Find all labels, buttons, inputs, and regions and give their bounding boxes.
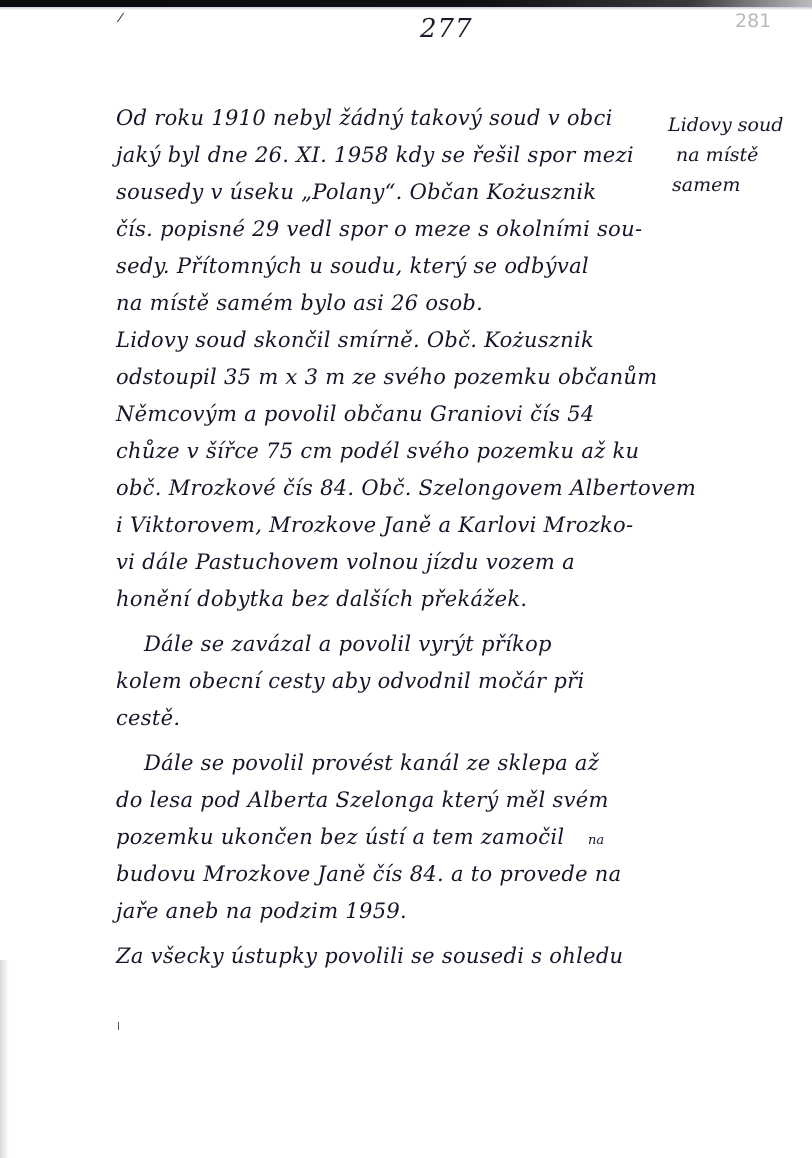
scan-top-border	[0, 0, 812, 7]
scan-left-edge	[0, 960, 9, 1158]
text-line: cestě.	[116, 708, 686, 745]
margin-note-line: Lidovy soud	[668, 116, 808, 146]
handwritten-body: Od roku 1910 nebyl žádný takový soud v o…	[116, 108, 686, 983]
text-line: Němcovým a povolil občanu Graniovi čís 5…	[116, 404, 686, 441]
inserted-word-correction: na	[588, 833, 604, 848]
text-line: do lesa pod Alberta Szelonga který měl s…	[116, 790, 686, 827]
text-line: chůze v šířce 75 cm podél svého pozemku …	[116, 441, 686, 478]
archive-stamp-number: 281	[735, 10, 771, 32]
paragraph-start-line: Dále se povolil provést kanál ze sklepa …	[116, 753, 686, 790]
text-line: Lidovy soud skončil smírně. Obč. Kożuszn…	[116, 330, 686, 367]
page-number: 277	[420, 14, 473, 44]
margin-note-line: na místě	[668, 146, 808, 176]
text-line: honění dobytka bez dalších překážek.	[116, 589, 686, 626]
text-line: čís. popisné 29 vedl spor o meze s okoln…	[116, 219, 686, 256]
text-line: jaře aneb na podzim 1959.	[116, 901, 686, 938]
text-line: obč. Mrozkové čís 84. Obč. Szelongovem A…	[116, 478, 686, 515]
margin-note-line: samem	[668, 176, 808, 206]
text-line: i Viktorovem, Mrozkove Janě a Karlovi Mr…	[116, 515, 686, 552]
text-line: jaký byl dne 26. XI. 1958 kdy se řešil s…	[116, 145, 686, 182]
text-line: budovu Mrozkove Janě čís 84. a to proved…	[116, 864, 686, 901]
text-line: sousedy v úseku „Polany“. Občan Kożuszni…	[116, 182, 686, 219]
stray-ink-mark	[118, 1022, 119, 1030]
text-line: na místě samém bylo asi 26 osob.	[116, 293, 686, 330]
text-line: odstoupil 35 m x 3 m ze svého pozemku ob…	[116, 367, 686, 404]
text-line: kolem obecní cesty aby odvodnil močár př…	[116, 671, 686, 708]
paragraph-start-line: Za všecky ústupky povolili se sousedi s …	[116, 946, 686, 983]
pencil-tick-mark	[117, 13, 124, 23]
margin-note: Lidovy soud na místě samem	[668, 116, 808, 206]
scan-top-shadow	[0, 7, 812, 10]
text-line: vi dále Pastuchovem volnou jízdu vozem a	[116, 552, 686, 589]
text-line: Od roku 1910 nebyl žádný takový soud v o…	[116, 108, 686, 145]
paragraph-start-line: Dále se zavázal a povolil vyrýt příkop	[116, 634, 686, 671]
text-line: sedy. Přítomných u soudu, který se odbýv…	[116, 256, 686, 293]
